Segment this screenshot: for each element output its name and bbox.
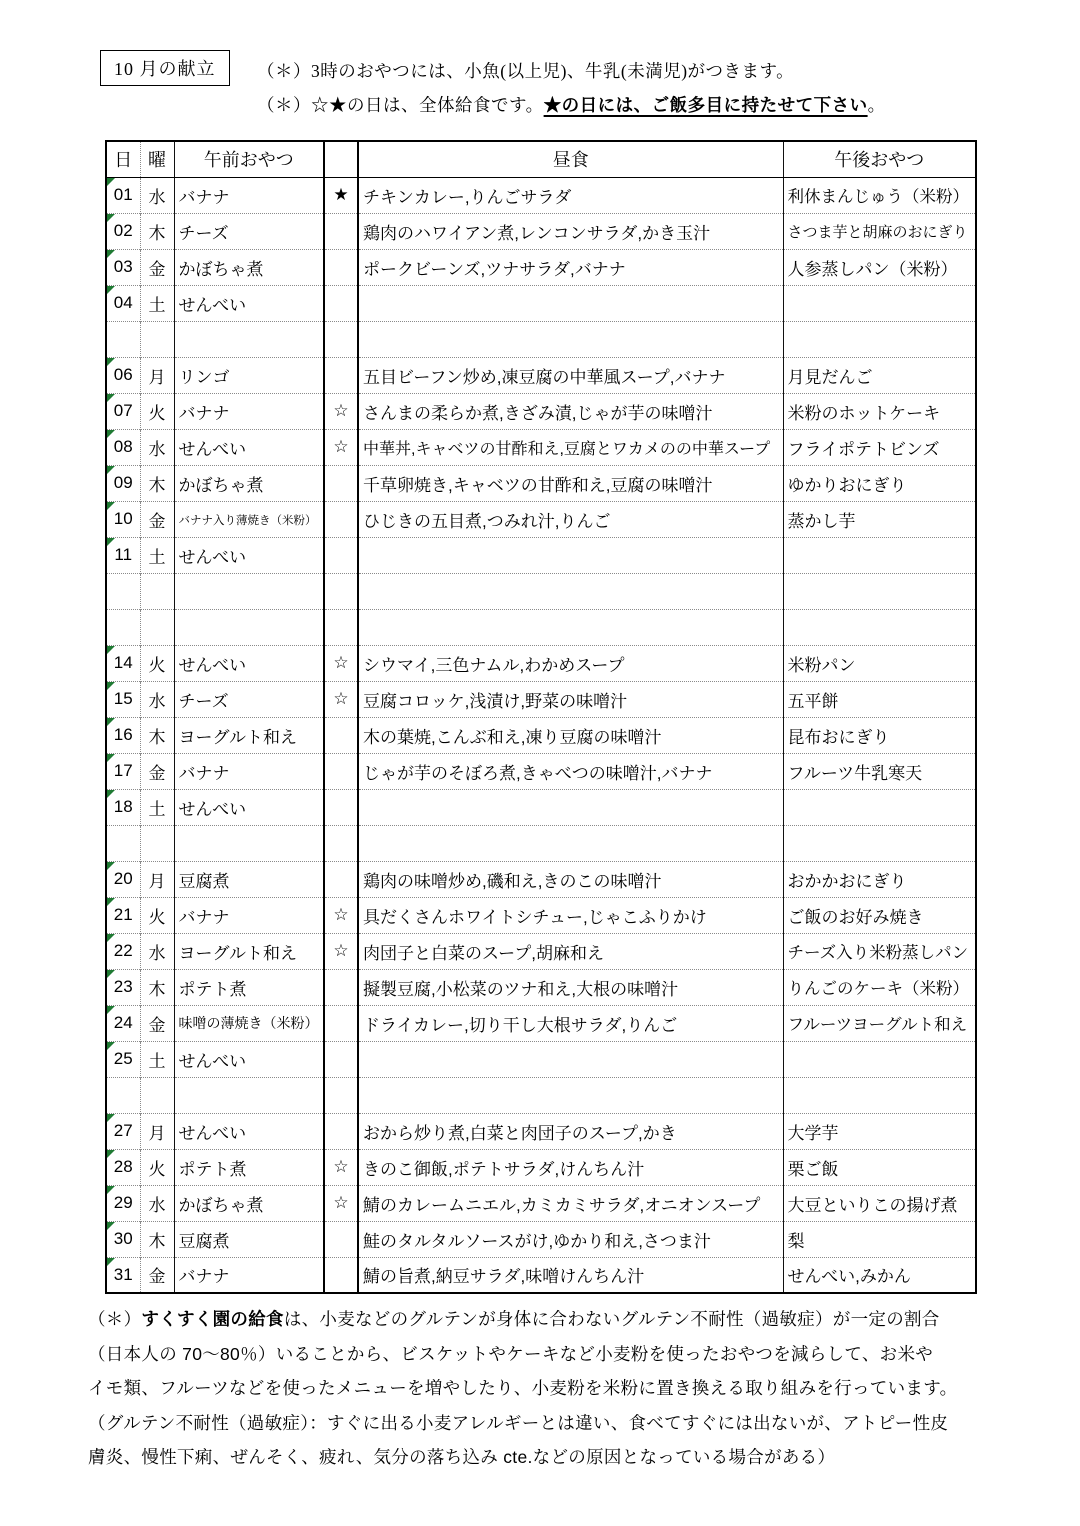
star-cell <box>324 609 358 645</box>
am-snack-cell-text: バナナ <box>179 759 230 784</box>
am-snack-cell: せんべい <box>174 1113 324 1149</box>
pm-snack-cell-text: 梨 <box>788 1227 805 1252</box>
am-snack-cell: 味噌の薄焼き（米粉） <box>174 1005 324 1041</box>
weekday-cell: 火 <box>140 1149 174 1185</box>
pm-snack-cell-text: 五平餅 <box>788 687 839 712</box>
pm-snack-cell <box>783 609 976 645</box>
star-cell <box>324 285 358 321</box>
weekday-cell: 金 <box>140 501 174 537</box>
menu-body: 01水バナナ★チキンカレー,りんごサラダ利休まんじゅう（米粉）02木チーズ鶏肉の… <box>106 177 976 1293</box>
lunch-cell-text: チキンカレー,りんごサラダ <box>363 183 571 208</box>
lunch-cell-text: ドライカレー,切り干し大根サラダ,りんご <box>363 1011 677 1036</box>
pm-snack-cell-text: 月見だんご <box>788 363 873 388</box>
lunch-cell-text: 鯖のカレームニエル,カミカミサラダ,オニオンスープ <box>363 1191 760 1216</box>
pm-snack-cell: フライポテトビンズ <box>783 429 976 465</box>
weekday-cell <box>140 609 174 645</box>
lunch-cell-text: 千草卵焼き,キャベツの甘酢和え,豆腐の味噌汁 <box>363 471 712 496</box>
day-cell <box>106 825 140 861</box>
menu-row: 24金味噌の薄焼き（米粉）ドライカレー,切り干し大根サラダ,りんごフルーツヨーグ… <box>106 1005 976 1041</box>
weekday-cell: 月 <box>140 357 174 393</box>
empty-row <box>106 321 976 357</box>
menu-row: 29水かぼちゃ煮☆鯖のカレームニエル,カミカミサラダ,オニオンスープ大豆といりこ… <box>106 1185 976 1221</box>
am-snack-cell-text: ヨーグルト和え <box>179 939 298 964</box>
star-cell: ☆ <box>324 897 358 933</box>
lunch-cell: 鯖のカレームニエル,カミカミサラダ,オニオンスープ <box>358 1185 783 1221</box>
star-cell <box>324 249 358 285</box>
am-snack-cell: チーズ <box>174 681 324 717</box>
lunch-cell: 中華丼,キャベツの甘酢和え,豆腐とワカメのの中華スープ <box>358 429 783 465</box>
day-cell <box>106 573 140 609</box>
lunch-cell: じゃが芋のそぼろ煮,きゃべつの味噌汁,バナナ <box>358 753 783 789</box>
weekday-cell <box>140 825 174 861</box>
pm-snack-cell <box>783 789 976 825</box>
am-snack-cell: ヨーグルト和え <box>174 717 324 753</box>
pm-snack-cell-text: 米粉パン <box>788 651 856 676</box>
lunch-cell: 擬製豆腐,小松菜のツナ和え,大根の味噌汁 <box>358 969 783 1005</box>
day-cell: 14 <box>106 645 140 681</box>
lunch-cell-text: 鮭のタルタルソースがけ,ゆかり和え,さつま汁 <box>363 1227 711 1252</box>
star-cell: ☆ <box>324 681 358 717</box>
star-cell <box>324 1041 358 1077</box>
star-cell <box>324 1113 358 1149</box>
menu-row: 30木豆腐煮鮭のタルタルソースがけ,ゆかり和え,さつま汁梨 <box>106 1221 976 1257</box>
pm-snack-cell: ご飯のお好み焼き <box>783 897 976 933</box>
pm-snack-cell: 梨 <box>783 1221 976 1257</box>
day-cell: 28 <box>106 1149 140 1185</box>
weekday-cell: 土 <box>140 1041 174 1077</box>
weekday-cell <box>140 321 174 357</box>
lunch-cell <box>358 537 783 573</box>
am-snack-cell-text: バナナ入り薄焼き（米粉） <box>179 512 317 528</box>
am-snack-cell: せんべい <box>174 645 324 681</box>
lunch-cell-text: 豆腐コロッケ,浅漬け,野菜の味噌汁 <box>363 687 627 712</box>
am-snack-cell-text: 味噌の薄焼き（米粉） <box>179 1013 319 1033</box>
pm-snack-cell-text: 人参蒸しパン（米粉） <box>788 255 958 280</box>
weekday-cell: 水 <box>140 933 174 969</box>
weekday-cell: 木 <box>140 465 174 501</box>
am-snack-cell-text: せんべい <box>179 291 247 316</box>
star-cell <box>324 825 358 861</box>
lunch-cell <box>358 321 783 357</box>
lunch-cell: 具だくさんホワイトシチュー,じゃこふりかけ <box>358 897 783 933</box>
lunch-cell <box>358 825 783 861</box>
menu-row: 18土せんべい <box>106 789 976 825</box>
menu-row: 14火せんべい☆シウマイ,三色ナムル,わかめスープ米粉パン <box>106 645 976 681</box>
lunch-cell: 鯖の旨煮,納豆サラダ,味噌けんちん汁 <box>358 1257 783 1293</box>
weekday-cell: 水 <box>140 177 174 213</box>
col-header-weekday: 曜 <box>140 141 174 177</box>
menu-table: 日 曜 午前おやつ 昼食 午後おやつ 01水バナナ★チキンカレー,りんごサラダ利… <box>105 140 977 1294</box>
day-cell: 21 <box>106 897 140 933</box>
lunch-cell: 五目ビーフン炒め,凍豆腐の中華風スープ,バナナ <box>358 357 783 393</box>
pm-snack-cell-text: チーズ入り米粉蒸しパン <box>788 939 969 963</box>
weekday-cell: 土 <box>140 789 174 825</box>
menu-row: 06月リンゴ五目ビーフン炒め,凍豆腐の中華風スープ,バナナ月見だんご <box>106 357 976 393</box>
am-snack-cell-text: チーズ <box>179 219 229 244</box>
lunch-cell <box>358 573 783 609</box>
day-cell: 08 <box>106 429 140 465</box>
menu-row: 22水ヨーグルト和え☆肉団子と白菜のスープ,胡麻和えチーズ入り米粉蒸しパン <box>106 933 976 969</box>
am-snack-cell <box>174 573 324 609</box>
weekday-cell: 木 <box>140 969 174 1005</box>
lunch-cell-text: 具だくさんホワイトシチュー,じゃこふりかけ <box>363 903 707 928</box>
am-snack-cell: 豆腐煮 <box>174 1221 324 1257</box>
weekday-cell: 金 <box>140 1005 174 1041</box>
col-header-pm-snack: 午後おやつ <box>783 141 976 177</box>
weekday-cell: 土 <box>140 285 174 321</box>
am-snack-cell: ヨーグルト和え <box>174 933 324 969</box>
weekday-cell: 水 <box>140 1185 174 1221</box>
menu-row: 28火ポテト煮☆きのこ御飯,ポテトサラダ,けんちん汁栗ご飯 <box>106 1149 976 1185</box>
pm-snack-cell: 蒸かし芋 <box>783 501 976 537</box>
menu-row: 27月せんべいおから炒り煮,白菜と肉団子のスープ,かき大学芋 <box>106 1113 976 1149</box>
am-snack-cell <box>174 825 324 861</box>
menu-row: 17金バナナじゃが芋のそぼろ煮,きゃべつの味噌汁,バナナフルーツ牛乳寒天 <box>106 753 976 789</box>
pm-snack-cell-text: 栗ご飯 <box>788 1155 839 1180</box>
weekday-cell: 木 <box>140 717 174 753</box>
am-snack-cell-text: せんべい <box>179 435 247 460</box>
lunch-cell: さんまの柔らか煮,きざみ漬,じゃが芋の味噌汁 <box>358 393 783 429</box>
col-header-am-snack: 午前おやつ <box>174 141 324 177</box>
day-cell: 29 <box>106 1185 140 1221</box>
am-snack-cell-text: ポテト煮 <box>179 975 247 1000</box>
pm-snack-cell: フルーツヨーグルト和え <box>783 1005 976 1041</box>
lunch-cell-text: じゃが芋のそぼろ煮,きゃべつの味噌汁,バナナ <box>363 759 712 784</box>
lunch-cell-text: ポークビーンズ,ツナサラダ,バナナ <box>363 255 626 280</box>
am-snack-cell: チーズ <box>174 213 324 249</box>
am-snack-cell-text: 豆腐煮 <box>179 1227 230 1252</box>
am-snack-cell-text: ヨーグルト和え <box>179 723 298 748</box>
pm-snack-cell: チーズ入り米粉蒸しパン <box>783 933 976 969</box>
note-star-days: （＊）☆★の日は、全体給食です。★の日には、ご飯多目に持たせて下さい。 <box>257 92 886 117</box>
am-snack-cell: せんべい <box>174 789 324 825</box>
am-snack-cell <box>174 1077 324 1113</box>
lunch-cell <box>358 609 783 645</box>
pm-snack-cell-text: フライポテトビンズ <box>788 435 940 460</box>
pm-snack-cell: フルーツ牛乳寒天 <box>783 753 976 789</box>
weekday-cell: 木 <box>140 1221 174 1257</box>
day-cell: 25 <box>106 1041 140 1077</box>
day-cell: 16 <box>106 717 140 753</box>
lunch-cell: 鶏肉のハワイアン煮,レンコンサラダ,かき玉汁 <box>358 213 783 249</box>
am-snack-cell-text: かぼちゃ煮 <box>179 471 264 496</box>
star-cell <box>324 753 358 789</box>
weekday-cell <box>140 573 174 609</box>
pm-snack-cell <box>783 285 976 321</box>
lunch-cell-text: さんまの柔らか煮,きざみ漬,じゃが芋の味噌汁 <box>363 399 712 424</box>
star-cell: ★ <box>324 177 358 213</box>
day-cell <box>106 1077 140 1113</box>
am-snack-cell: ポテト煮 <box>174 1149 324 1185</box>
note-snack-milk: （＊）3時のおやつには、小魚(以上児)、牛乳(未満児)がつきます。 <box>257 58 794 83</box>
lunch-cell: 千草卵焼き,キャベツの甘酢和え,豆腐の味噌汁 <box>358 465 783 501</box>
pm-snack-cell-text: ゆかりおにぎり <box>788 471 907 496</box>
day-cell: 31 <box>106 1257 140 1293</box>
am-snack-cell: バナナ <box>174 177 324 213</box>
pm-snack-cell-text: 利休まんじゅう（米粉） <box>788 183 970 207</box>
menu-row: 16木ヨーグルト和え木の葉焼,こんぶ和え,凍り豆腐の味噌汁昆布おにぎり <box>106 717 976 753</box>
star-cell <box>324 501 358 537</box>
star-cell <box>324 465 358 501</box>
empty-row <box>106 1077 976 1113</box>
day-cell: 17 <box>106 753 140 789</box>
star-cell: ☆ <box>324 645 358 681</box>
pm-snack-cell: 人参蒸しパン（米粉） <box>783 249 976 285</box>
day-cell: 03 <box>106 249 140 285</box>
pm-snack-cell: 月見だんご <box>783 357 976 393</box>
empty-row <box>106 825 976 861</box>
am-snack-cell-text: バナナ <box>179 903 230 928</box>
star-cell <box>324 1221 358 1257</box>
day-cell: 06 <box>106 357 140 393</box>
menu-row: 20月豆腐煮鶏肉の味噌炒め,磯和え,きのこの味噌汁おかかおにぎり <box>106 861 976 897</box>
lunch-cell: シウマイ,三色ナムル,わかめスープ <box>358 645 783 681</box>
pm-snack-cell <box>783 537 976 573</box>
am-snack-cell <box>174 609 324 645</box>
am-snack-cell-text: チーズ <box>179 687 229 712</box>
am-snack-cell-text: せんべい <box>179 651 247 676</box>
weekday-cell: 火 <box>140 393 174 429</box>
pm-snack-cell: 米粉のホットケーキ <box>783 393 976 429</box>
footer-note: （＊）すくすく園の給食は、小麦などのグルテンが身体に合わないグルテン不耐性（過敏… <box>88 1302 1008 1475</box>
day-cell: 15 <box>106 681 140 717</box>
weekday-cell: 金 <box>140 249 174 285</box>
am-snack-cell-text: かぼちゃ煮 <box>179 1191 264 1216</box>
pm-snack-cell-text: 蒸かし芋 <box>788 507 856 532</box>
pm-snack-cell <box>783 1041 976 1077</box>
lunch-cell <box>358 285 783 321</box>
day-cell: 27 <box>106 1113 140 1149</box>
lunch-cell-text: 鶏肉のハワイアン煮,レンコンサラダ,かき玉汁 <box>363 219 710 244</box>
menu-row: 31金バナナ鯖の旨煮,納豆サラダ,味噌けんちん汁せんべい,みかん <box>106 1257 976 1293</box>
pm-snack-cell: 大学芋 <box>783 1113 976 1149</box>
pm-snack-cell: 利休まんじゅう（米粉） <box>783 177 976 213</box>
menu-row: 02木チーズ鶏肉のハワイアン煮,レンコンサラダ,かき玉汁さつま芋と胡麻のおにぎり <box>106 213 976 249</box>
menu-row: 11土せんべい <box>106 537 976 573</box>
pm-snack-cell: 栗ご飯 <box>783 1149 976 1185</box>
weekday-cell: 火 <box>140 645 174 681</box>
lunch-cell: ドライカレー,切り干し大根サラダ,りんご <box>358 1005 783 1041</box>
weekday-cell <box>140 1077 174 1113</box>
pm-snack-cell-text: おかかおにぎり <box>788 867 907 892</box>
day-cell <box>106 321 140 357</box>
pm-snack-cell-text: フルーツヨーグルト和え <box>788 1011 968 1035</box>
pm-snack-cell-text: りんごのケーキ（米粉） <box>788 975 970 999</box>
star-cell: ☆ <box>324 393 358 429</box>
pm-snack-cell <box>783 825 976 861</box>
day-cell: 02 <box>106 213 140 249</box>
lunch-cell-text: おから炒り煮,白菜と肉団子のスープ,かき <box>363 1119 677 1144</box>
pm-snack-cell <box>783 573 976 609</box>
day-cell: 30 <box>106 1221 140 1257</box>
weekday-cell: 木 <box>140 213 174 249</box>
empty-row <box>106 573 976 609</box>
day-cell: 07 <box>106 393 140 429</box>
am-snack-cell-text: バナナ <box>179 183 230 208</box>
weekday-cell: 金 <box>140 753 174 789</box>
pm-snack-cell: りんごのケーキ（米粉） <box>783 969 976 1005</box>
am-snack-cell: バナナ入り薄焼き（米粉） <box>174 501 324 537</box>
lunch-cell-text: きのこ御飯,ポテトサラダ,けんちん汁 <box>363 1155 644 1180</box>
menu-row: 03金かぼちゃ煮ポークビーンズ,ツナサラダ,バナナ人参蒸しパン（米粉） <box>106 249 976 285</box>
star-cell <box>324 357 358 393</box>
pm-snack-cell-text: 昆布おにぎり <box>788 723 890 748</box>
lunch-cell: チキンカレー,りんごサラダ <box>358 177 783 213</box>
star-cell <box>324 573 358 609</box>
star-cell <box>324 1257 358 1293</box>
am-snack-cell: リンゴ <box>174 357 324 393</box>
weekday-cell: 水 <box>140 429 174 465</box>
menu-row: 07火バナナ☆さんまの柔らか煮,きざみ漬,じゃが芋の味噌汁米粉のホットケーキ <box>106 393 976 429</box>
menu-row: 08水せんべい☆中華丼,キャベツの甘酢和え,豆腐とワカメのの中華スープフライポテ… <box>106 429 976 465</box>
pm-snack-cell: 五平餅 <box>783 681 976 717</box>
lunch-cell-text: 鯖の旨煮,納豆サラダ,味噌けんちん汁 <box>363 1262 644 1287</box>
day-cell <box>106 609 140 645</box>
lunch-cell: 鮭のタルタルソースがけ,ゆかり和え,さつま汁 <box>358 1221 783 1257</box>
footer-paragraph-2: （グルテン不耐性（過敏症）：すぐに出る小麦アレルギーとは違い、食べてすぐには出な… <box>88 1406 1008 1475</box>
day-cell: 04 <box>106 285 140 321</box>
month-title: 10 月の献立 <box>100 50 230 86</box>
lunch-cell <box>358 1077 783 1113</box>
empty-row <box>106 609 976 645</box>
day-cell: 18 <box>106 789 140 825</box>
star-cell <box>324 789 358 825</box>
pm-snack-cell: せんべい,みかん <box>783 1257 976 1293</box>
am-snack-cell-text: かぼちゃ煮 <box>179 255 264 280</box>
menu-row: 23木ポテト煮擬製豆腐,小松菜のツナ和え,大根の味噌汁りんごのケーキ（米粉） <box>106 969 976 1005</box>
day-cell: 24 <box>106 1005 140 1041</box>
footer-paragraph-1: （＊）すくすく園の給食は、小麦などのグルテンが身体に合わないグルテン不耐性（過敏… <box>88 1302 1008 1406</box>
am-snack-cell: せんべい <box>174 1041 324 1077</box>
menu-row: 10金バナナ入り薄焼き（米粉）ひじきの五目煮,つみれ汁,りんご蒸かし芋 <box>106 501 976 537</box>
am-snack-cell: せんべい <box>174 537 324 573</box>
pm-snack-cell: 大豆といりこの揚げ煮 <box>783 1185 976 1221</box>
day-cell: 11 <box>106 537 140 573</box>
am-snack-cell-text: せんべい <box>179 1119 247 1144</box>
am-snack-cell <box>174 321 324 357</box>
lunch-cell: 豆腐コロッケ,浅漬け,野菜の味噌汁 <box>358 681 783 717</box>
am-snack-cell: せんべい <box>174 285 324 321</box>
weekday-cell: 金 <box>140 1257 174 1293</box>
pm-snack-cell: 昆布おにぎり <box>783 717 976 753</box>
am-snack-cell-text: せんべい <box>179 543 247 568</box>
lunch-cell-text: 中華丼,キャベツの甘酢和え,豆腐とワカメのの中華スープ <box>363 436 770 459</box>
menu-row: 04土せんべい <box>106 285 976 321</box>
pm-snack-cell-text: 大学芋 <box>788 1119 839 1144</box>
pm-snack-cell <box>783 1077 976 1113</box>
day-cell: 10 <box>106 501 140 537</box>
lunch-cell: 鶏肉の味噌炒め,磯和え,きのこの味噌汁 <box>358 861 783 897</box>
am-snack-cell-text: せんべい <box>179 1047 247 1072</box>
weekday-cell: 水 <box>140 681 174 717</box>
col-header-lunch: 昼食 <box>358 141 783 177</box>
star-cell <box>324 969 358 1005</box>
lunch-cell: きのこ御飯,ポテトサラダ,けんちん汁 <box>358 1149 783 1185</box>
pm-snack-cell-text: 米粉のホットケーキ <box>788 399 941 424</box>
am-snack-cell-text: ポテト煮 <box>179 1155 247 1180</box>
am-snack-cell: バナナ <box>174 393 324 429</box>
am-snack-cell: バナナ <box>174 897 324 933</box>
menu-row: 01水バナナ★チキンカレー,りんごサラダ利休まんじゅう（米粉） <box>106 177 976 213</box>
menu-row: 15水チーズ☆豆腐コロッケ,浅漬け,野菜の味噌汁五平餅 <box>106 681 976 717</box>
am-snack-cell-text: リンゴ <box>179 363 230 388</box>
lunch-cell-text: 鶏肉の味噌炒め,磯和え,きのこの味噌汁 <box>363 867 661 892</box>
pm-snack-cell: 米粉パン <box>783 645 976 681</box>
col-header-star <box>324 141 358 177</box>
weekday-cell: 火 <box>140 897 174 933</box>
lunch-cell-text: 擬製豆腐,小松菜のツナ和え,大根の味噌汁 <box>363 975 678 1000</box>
header-row: 日 曜 午前おやつ 昼食 午後おやつ <box>106 141 976 177</box>
star-cell <box>324 213 358 249</box>
lunch-cell-text: シウマイ,三色ナムル,わかめスープ <box>363 651 625 676</box>
am-snack-cell: せんべい <box>174 429 324 465</box>
lunch-cell: ひじきの五目煮,つみれ汁,りんご <box>358 501 783 537</box>
pm-snack-cell-text: ご飯のお好み焼き <box>788 903 924 928</box>
am-snack-cell: かぼちゃ煮 <box>174 249 324 285</box>
pm-snack-cell: ゆかりおにぎり <box>783 465 976 501</box>
menu-row: 25土せんべい <box>106 1041 976 1077</box>
lunch-cell: おから炒り煮,白菜と肉団子のスープ,かき <box>358 1113 783 1149</box>
pm-snack-cell: おかかおにぎり <box>783 861 976 897</box>
pm-snack-cell <box>783 321 976 357</box>
am-snack-cell-text: バナナ <box>179 399 230 424</box>
am-snack-cell: バナナ <box>174 753 324 789</box>
lunch-cell-text: 肉団子と白菜のスープ,胡麻和え <box>363 939 604 964</box>
pm-snack-cell-text: フルーツ牛乳寒天 <box>788 759 923 784</box>
weekday-cell: 土 <box>140 537 174 573</box>
star-cell: ☆ <box>324 933 358 969</box>
am-snack-cell-text: せんべい <box>179 795 247 820</box>
lunch-cell: 木の葉焼,こんぶ和え,凍り豆腐の味噌汁 <box>358 717 783 753</box>
lunch-cell-text: 木の葉焼,こんぶ和え,凍り豆腐の味噌汁 <box>363 723 661 748</box>
note-star-emphasis: ★の日には、ご飯多目に持たせて下さい <box>544 95 868 115</box>
am-snack-cell: 豆腐煮 <box>174 861 324 897</box>
day-cell: 23 <box>106 969 140 1005</box>
col-header-day: 日 <box>106 141 140 177</box>
weekday-cell: 月 <box>140 861 174 897</box>
star-cell <box>324 861 358 897</box>
lunch-cell <box>358 789 783 825</box>
am-snack-cell: ポテト煮 <box>174 969 324 1005</box>
footer-p1-bold: すくすく園の給食 <box>141 1309 283 1329</box>
weekday-cell: 月 <box>140 1113 174 1149</box>
pm-snack-cell-text: せんべい,みかん <box>788 1262 911 1287</box>
lunch-cell: 肉団子と白菜のスープ,胡麻和え <box>358 933 783 969</box>
day-cell: 09 <box>106 465 140 501</box>
star-cell <box>324 321 358 357</box>
lunch-cell: ポークビーンズ,ツナサラダ,バナナ <box>358 249 783 285</box>
star-cell: ☆ <box>324 429 358 465</box>
star-cell <box>324 717 358 753</box>
star-cell <box>324 1005 358 1041</box>
star-cell: ☆ <box>324 1149 358 1185</box>
note-star-suffix: 。 <box>868 95 886 115</box>
note-star-prefix: （＊）☆★の日は、全体給食です。 <box>257 95 544 115</box>
day-cell: 22 <box>106 933 140 969</box>
pm-snack-cell: さつま芋と胡麻のおにぎり <box>783 213 976 249</box>
pm-snack-cell-text: 大豆といりこの揚げ煮 <box>788 1191 958 1216</box>
am-snack-cell: かぼちゃ煮 <box>174 1185 324 1221</box>
star-cell <box>324 1077 358 1113</box>
lunch-cell <box>358 1041 783 1077</box>
pm-snack-cell-text: さつま芋と胡麻のおにぎり <box>788 221 968 242</box>
am-snack-cell: バナナ <box>174 1257 324 1293</box>
am-snack-cell-text: バナナ <box>179 1262 230 1287</box>
am-snack-cell-text: 豆腐煮 <box>179 867 230 892</box>
am-snack-cell: かぼちゃ煮 <box>174 465 324 501</box>
menu-row: 09木かぼちゃ煮千草卵焼き,キャベツの甘酢和え,豆腐の味噌汁ゆかりおにぎり <box>106 465 976 501</box>
star-cell <box>324 537 358 573</box>
